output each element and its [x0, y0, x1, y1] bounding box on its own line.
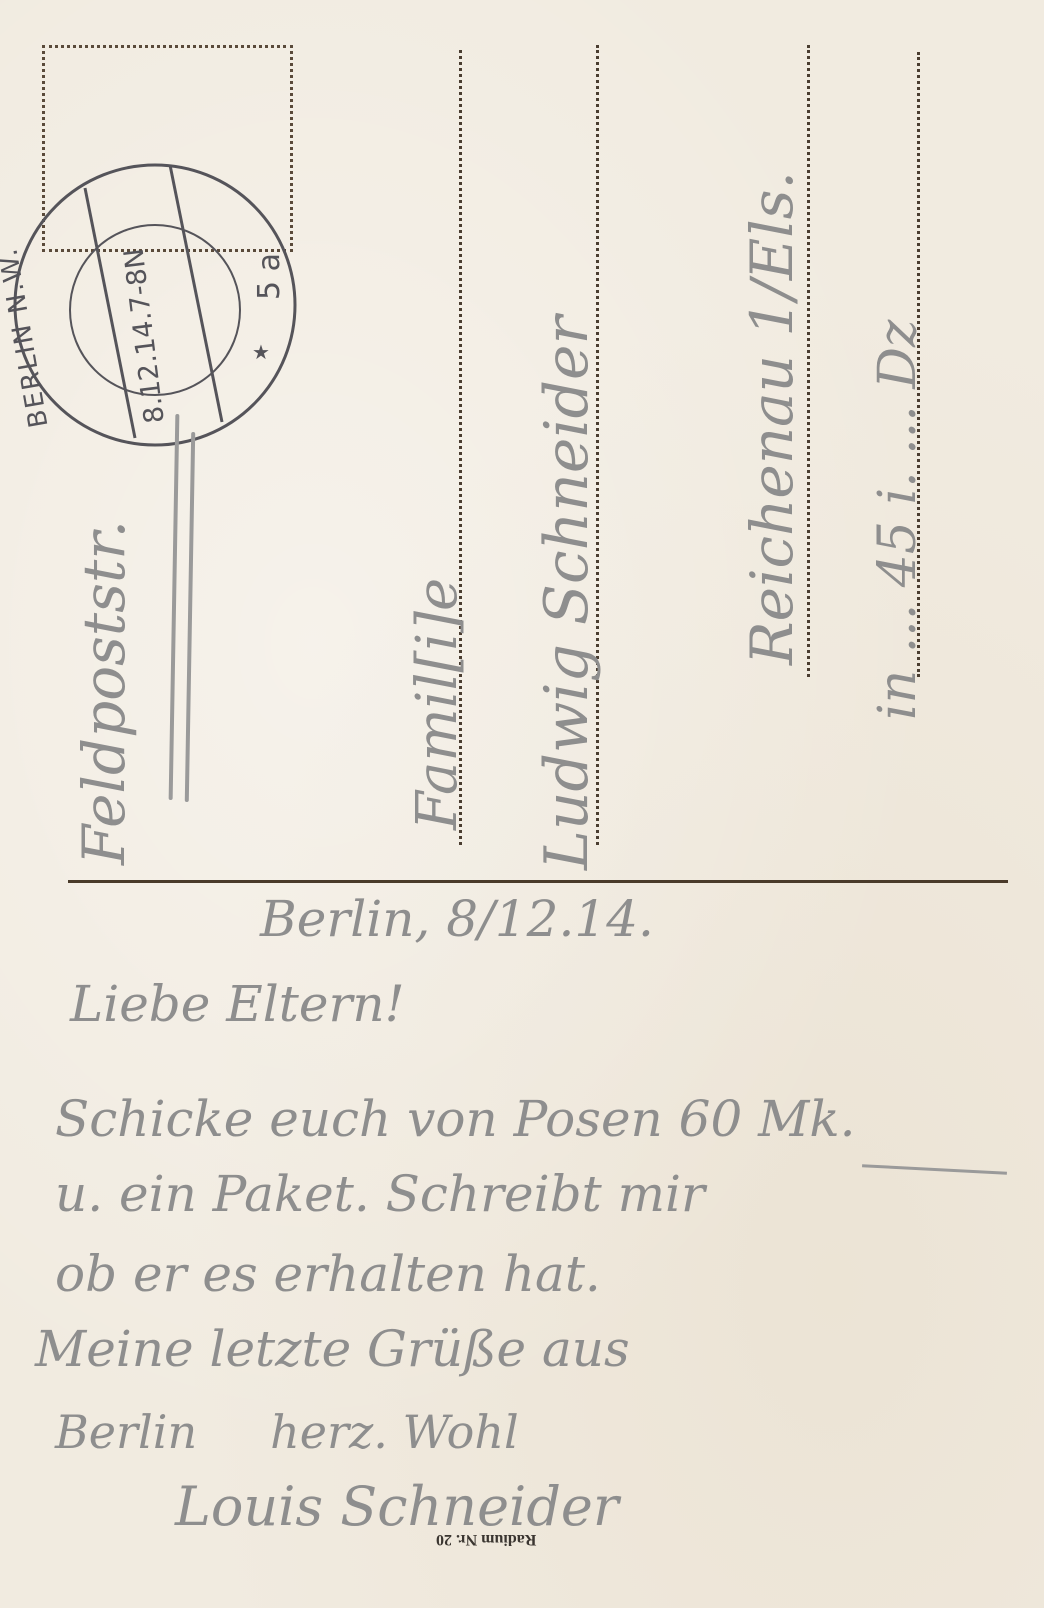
- message-line-4: Meine letzte Grüße aus: [35, 1320, 630, 1378]
- message-line-3: ob er es erhalten hat.: [55, 1245, 601, 1303]
- address-text-4: in ... 45 i. ... Dz: [868, 320, 928, 720]
- message-line-2: u. ein Paket. Schreibt mir: [55, 1165, 705, 1223]
- pencil-stroke: [169, 414, 180, 800]
- postmark-office: 5 a: [252, 253, 287, 300]
- postmark-star-icon: ★: [252, 340, 270, 364]
- amount-underline: [862, 1164, 1007, 1175]
- vertical-note: Feldpoststr.: [70, 520, 138, 865]
- printer-mark: Radium Nr. 20: [436, 1530, 536, 1548]
- address-text-1: Famil[i]e: [405, 578, 470, 830]
- message-salutation: Liebe Eltern!: [70, 975, 405, 1033]
- address-message-divider: [68, 880, 1008, 883]
- message-line-1: Schicke euch von Posen 60 Mk.: [55, 1090, 856, 1148]
- address-line-3: [807, 45, 810, 677]
- address-text-2: Ludwig Schneider: [532, 316, 602, 870]
- postcard-back: BERLIN N.W. 8.12.14.7-8N 5 a ★ Feldposts…: [0, 0, 1044, 1608]
- message-line-5: Berlin herz. Wohl: [55, 1405, 519, 1459]
- pencil-stroke: [185, 432, 195, 802]
- address-text-3: Reichenau 1/Els.: [738, 171, 806, 665]
- message-dateline: Berlin, 8/12.14.: [260, 890, 654, 948]
- signature: Louis Schneider: [175, 1475, 619, 1538]
